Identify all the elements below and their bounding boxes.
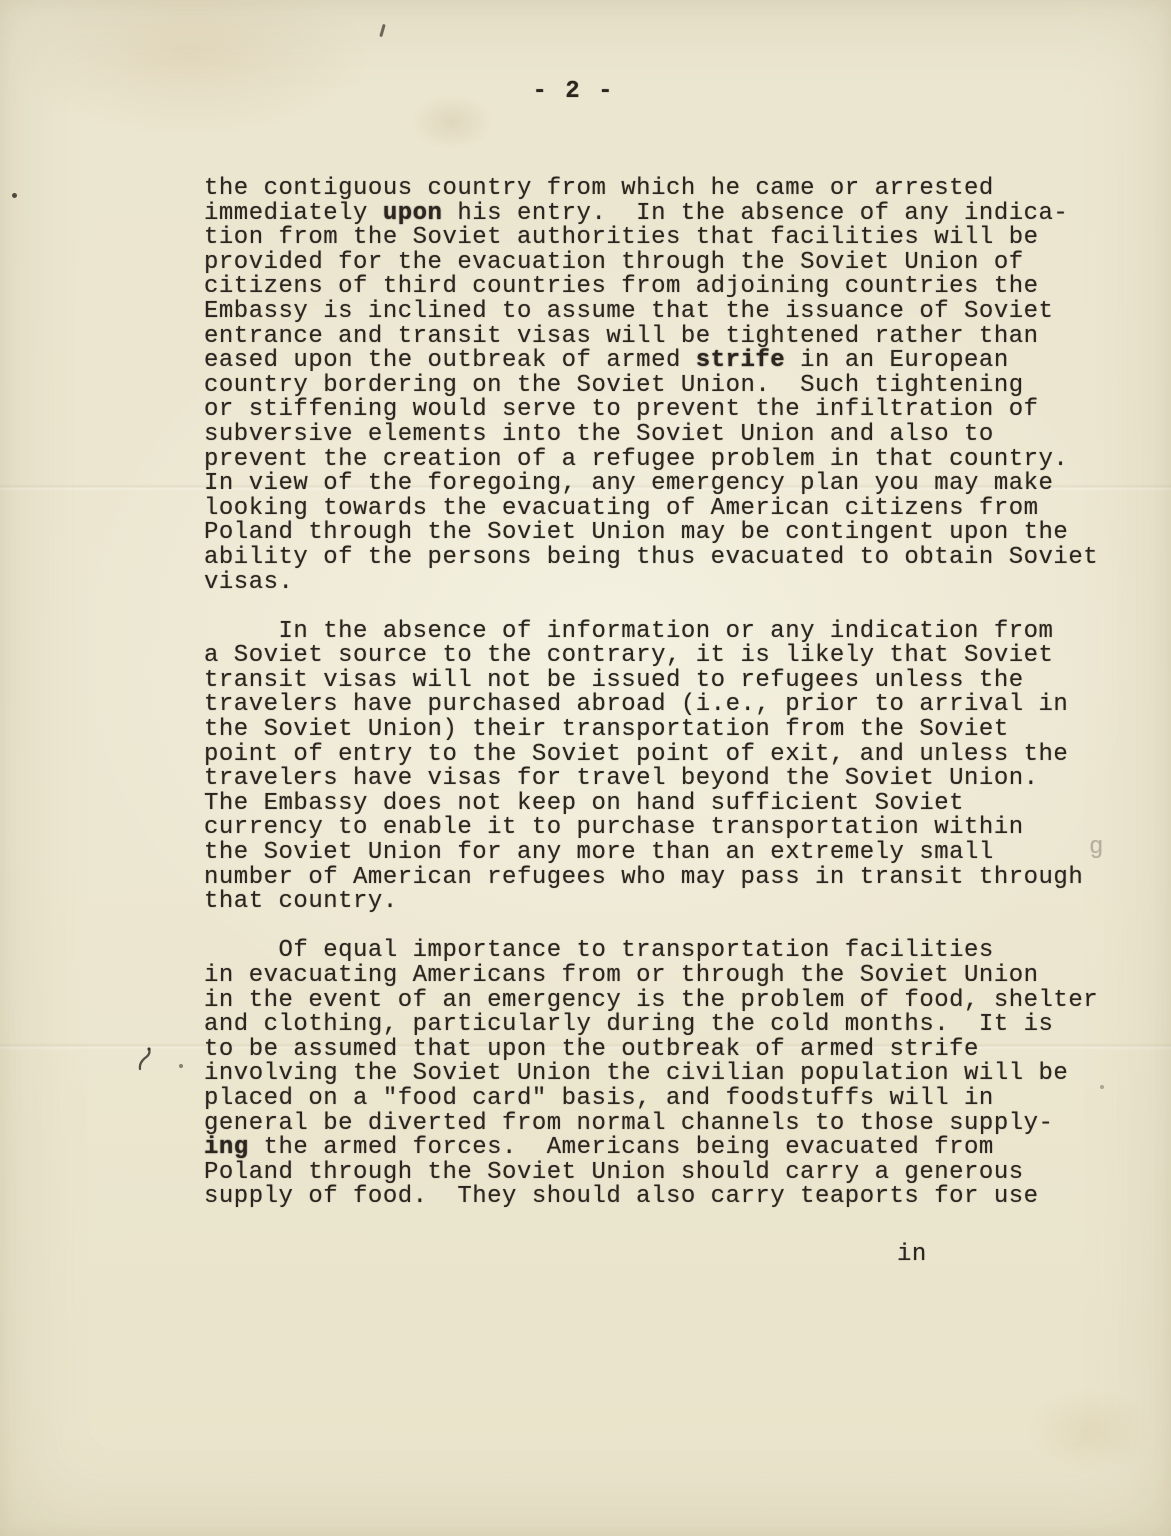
text-line: country bordering on the Soviet Union. S… (204, 374, 1124, 399)
text-line: tion from the Soviet authorities that fa… (204, 226, 1124, 251)
ink-speck (179, 1064, 183, 1068)
text-line: to be assumed that upon the outbreak of … (204, 1038, 1124, 1063)
text-line: supply of food. They should also carry t… (204, 1185, 1124, 1210)
ink-speck (1100, 1085, 1104, 1089)
text-line: provided for the evacuation through the … (204, 251, 1124, 276)
text-line: travelers have purchased abroad (i.e., p… (204, 693, 1124, 718)
text-line: general be diverted from normal channels… (204, 1112, 1124, 1137)
text-line: Of equal importance to transportation fa… (204, 939, 1124, 964)
text-line: the contiguous country from which he cam… (204, 177, 1124, 202)
pen-squiggle-mark (134, 1046, 156, 1077)
faint-ghost-character: g (1089, 836, 1104, 861)
paragraph: the contiguous country from which he cam… (204, 177, 1124, 595)
text-block: the contiguous country from which he cam… (204, 177, 1124, 1235)
page-number: - 2 - (0, 80, 1159, 105)
text-line: the Soviet Union) their transportation f… (204, 718, 1124, 743)
text-line: prevent the creation of a refugee proble… (204, 448, 1124, 473)
text-line: ability of the persons being thus evacua… (204, 546, 1124, 571)
paragraph: Of equal importance to transportation fa… (204, 939, 1124, 1210)
text-line: a Soviet source to the contrary, it is l… (204, 644, 1124, 669)
text-line: involving the Soviet Union the civilian … (204, 1062, 1124, 1087)
text-line: that country. (204, 890, 1124, 915)
text-line: subversive elements into the Soviet Unio… (204, 423, 1124, 448)
text-line: entrance and transit visas will be tight… (204, 325, 1124, 350)
text-line: citizens of third countries from adjoini… (204, 275, 1124, 300)
text-line: visas. (204, 571, 1124, 596)
text-line: The Embassy does not keep on hand suffic… (204, 792, 1124, 817)
text-line: in the event of an emergency is the prob… (204, 989, 1124, 1014)
text-line: ing the armed forces. Americans being ev… (204, 1136, 1124, 1161)
text-line: immediately upon his entry. In the absen… (204, 202, 1124, 227)
text-line: placed on a "food card" basis, and foods… (204, 1087, 1124, 1112)
text-line: eased upon the outbreak of armed strife … (204, 349, 1124, 374)
text-line: In the absence of information or any ind… (204, 620, 1124, 645)
text-line: In view of the foregoing, any emergency … (204, 472, 1124, 497)
text-line: transit visas will not be issued to refu… (204, 669, 1124, 694)
text-line: travelers have visas for travel beyond t… (204, 767, 1124, 792)
text-line: Poland through the Soviet Union should c… (204, 1161, 1124, 1186)
text-line: number of American refugees who may pass… (204, 866, 1124, 891)
text-line: point of entry to the Soviet point of ex… (204, 743, 1124, 768)
text-line: the Soviet Union for any more than an ex… (204, 841, 1124, 866)
text-line: and clothing, particularly during the co… (204, 1013, 1124, 1038)
ink-speck (12, 193, 17, 198)
catchword: in (897, 1243, 927, 1268)
text-line: Poland through the Soviet Union may be c… (204, 521, 1124, 546)
text-line: currency to enable it to purchase transp… (204, 816, 1124, 841)
text-line: in evacuating Americans from or through … (204, 964, 1124, 989)
text-line: or stiffening would serve to prevent the… (204, 398, 1124, 423)
text-line: Embassy is inclined to assume that the i… (204, 300, 1124, 325)
paragraph: In the absence of information or any ind… (204, 620, 1124, 915)
text-line: looking towards the evacuating of Americ… (204, 497, 1124, 522)
